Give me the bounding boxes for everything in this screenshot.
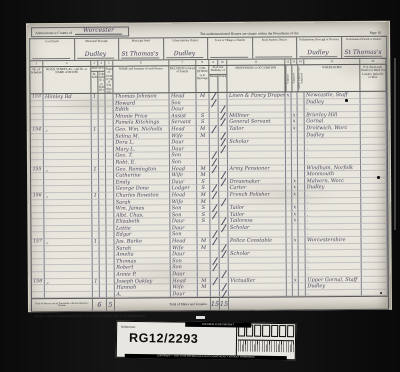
col-header-age-females: Females bbox=[217, 74, 226, 92]
reference-label: Reference: bbox=[121, 325, 136, 329]
col-header-age: AGE last Birthday of Males Females bbox=[209, 66, 227, 92]
totals-houses-value: 6 bbox=[93, 299, 107, 311]
totals-rooms-value: 5 bbox=[107, 299, 115, 311]
admin-county-box: Administrative County of Worcester bbox=[31, 27, 129, 38]
col-header-rooms: Number of rooms occupied if less than fi… bbox=[105, 67, 113, 93]
district-label: Parliamentary Borough or Division bbox=[297, 37, 341, 41]
col-header-schedule: No. of Schedule bbox=[30, 67, 43, 93]
cell-uninhabited bbox=[100, 292, 107, 299]
column-headers: No. of Schedule ROAD, STREET, &c., and N… bbox=[29, 64, 387, 94]
footnote: NOTE.—Draw the pen through such of the w… bbox=[35, 312, 389, 318]
age-group-label: AGE last Birthday of bbox=[211, 66, 225, 72]
ruler bbox=[237, 323, 295, 359]
scanned-census-photo: Administrative County of Worcester The u… bbox=[0, 0, 400, 372]
col-number: 6 bbox=[113, 60, 169, 65]
col-number: 4 bbox=[98, 61, 105, 66]
district-box: Urban Sanitary DistrictDudley bbox=[164, 38, 209, 59]
archive-reference-slip: Reference: RG12/2293 CROWN COPYRIGHT COP… bbox=[116, 321, 296, 361]
district-label: Urban Sanitary District bbox=[164, 38, 208, 42]
district-boxes: Civil ParishMunicipal BoroughDudleyMunic… bbox=[29, 36, 387, 60]
col-number: 14 bbox=[297, 59, 304, 64]
cell-born: . bbox=[306, 290, 362, 297]
col-header-age-males: Males bbox=[209, 75, 217, 92]
district-box: Town or Village or Hamlet bbox=[208, 38, 253, 59]
cell-address bbox=[45, 292, 93, 299]
cell-neither bbox=[299, 290, 306, 297]
col-number: 8 bbox=[196, 60, 209, 65]
district-box: Parliamentary Borough or DivisionDudley bbox=[297, 37, 342, 58]
age-ink-mark bbox=[221, 290, 227, 298]
ink-speck bbox=[377, 176, 380, 179]
col-number: 1 bbox=[30, 61, 43, 66]
col-header-relation: RELATION to Head of Family bbox=[169, 66, 196, 92]
ink-speck bbox=[345, 99, 348, 102]
col-header-uninhabited: Unin-habited (U.) or Building (B.) bbox=[97, 72, 104, 93]
col-header-condition: CON-DITION as to Marriage bbox=[196, 66, 209, 92]
col-number: 7 bbox=[169, 60, 196, 65]
ink-speck bbox=[380, 292, 382, 294]
col-number: 16 bbox=[360, 59, 386, 64]
district-value: Dudley bbox=[77, 51, 115, 59]
census-page: Administrative County of Worcester The u… bbox=[27, 22, 391, 312]
totals-males: 15 bbox=[211, 298, 220, 310]
perforation-box bbox=[279, 325, 286, 337]
slip-copyright-bar: COPYRIGHT — NOT TO BE REPRODUCED PHOTOGR… bbox=[125, 353, 287, 360]
col-header-neither: Neither Employer nor Employed bbox=[297, 65, 304, 91]
cell-age-female bbox=[220, 291, 229, 298]
col-number: 11 bbox=[227, 59, 285, 64]
admin-county-value: Worcester bbox=[75, 28, 122, 35]
cell-inhabited bbox=[93, 292, 100, 299]
district-value bbox=[32, 58, 70, 59]
film-edge-streak bbox=[394, 58, 396, 230]
totals-filler bbox=[229, 297, 388, 310]
totals-houses-label: Total of Houses and of Tenements with le… bbox=[32, 299, 93, 311]
col-number: 10 bbox=[218, 60, 227, 65]
col-header-name: NAME and Surname of each Person bbox=[113, 66, 169, 92]
film-sliver bbox=[196, 316, 205, 319]
district-label: Municipal Borough bbox=[75, 39, 119, 43]
cell-relation: Daur bbox=[171, 291, 198, 298]
col-header-road: ROAD, STREET, &c., and No. or NAME of HO… bbox=[43, 67, 91, 93]
district-label: Rural Sanitary District bbox=[253, 37, 297, 41]
col-number: 9 bbox=[209, 60, 218, 65]
cell-name: A. bbox=[115, 291, 171, 298]
district-value: St Thomas's bbox=[121, 50, 159, 58]
district-label: Municipal Ward bbox=[119, 38, 163, 42]
cell-age-male bbox=[211, 291, 220, 298]
perforation-box bbox=[254, 325, 261, 337]
totals-females: 15 bbox=[220, 298, 229, 310]
district-value bbox=[210, 57, 248, 58]
totals-persons-label: Total of Males and Females bbox=[115, 298, 211, 311]
col-header-born: WHERE BORN bbox=[304, 65, 360, 91]
cell-rooms bbox=[107, 291, 115, 298]
col-number: 3 bbox=[91, 61, 98, 66]
district-value: St Thomas's bbox=[344, 49, 383, 57]
cell-occupation bbox=[229, 290, 287, 297]
ruler-ticks bbox=[238, 339, 294, 352]
perforation-box bbox=[262, 325, 269, 337]
houses-group-label: HOUSES bbox=[92, 67, 104, 70]
cell-infirm bbox=[362, 290, 388, 297]
district-box: Ecclesiastical Parish or DistrictSt Thom… bbox=[342, 37, 387, 58]
col-header-infirm: If (1) Deaf-and-Dumb (2) Blind (3) Lunat… bbox=[360, 65, 386, 91]
reference-number: RG12/2293 bbox=[129, 331, 199, 346]
col-header-houses: HOUSES In-habited Unin-habited (U.) or B… bbox=[91, 67, 105, 93]
cell-schedule bbox=[32, 292, 45, 299]
perforation-box bbox=[287, 325, 294, 337]
cell-condition bbox=[198, 291, 211, 298]
district-box: Civil Parish bbox=[30, 39, 75, 60]
district-label: Civil Parish bbox=[30, 39, 74, 43]
district-label: Town or Village or Hamlet bbox=[208, 38, 252, 42]
district-label: Ecclesiastical Parish or District bbox=[342, 37, 387, 41]
district-box: Municipal BoroughDudley bbox=[75, 39, 120, 60]
page-number: Page 16 bbox=[370, 31, 386, 35]
perforation-box bbox=[271, 325, 278, 337]
census-rows: 153Himley Rd1Thomas JohnsonHeadMLinen & … bbox=[29, 92, 388, 299]
district-value: Dudley bbox=[299, 49, 337, 57]
col-number: 2 bbox=[43, 61, 91, 66]
admin-county-label: Administrative County of bbox=[35, 31, 72, 35]
district-box: Municipal WardSt Thomas's bbox=[119, 38, 164, 59]
slip-top-bar: CROWN COPYRIGHT bbox=[185, 322, 251, 328]
district-box: Rural Sanitary District bbox=[253, 37, 298, 58]
totals-row: Total of Houses and of Tenements with le… bbox=[31, 296, 389, 312]
col-header-occupation: PROFESSION or OCCUPATION bbox=[227, 65, 285, 91]
col-number: 15 bbox=[304, 59, 360, 64]
district-value bbox=[255, 56, 293, 57]
col-number: 5 bbox=[105, 61, 113, 66]
district-value: Dudley bbox=[166, 50, 204, 58]
